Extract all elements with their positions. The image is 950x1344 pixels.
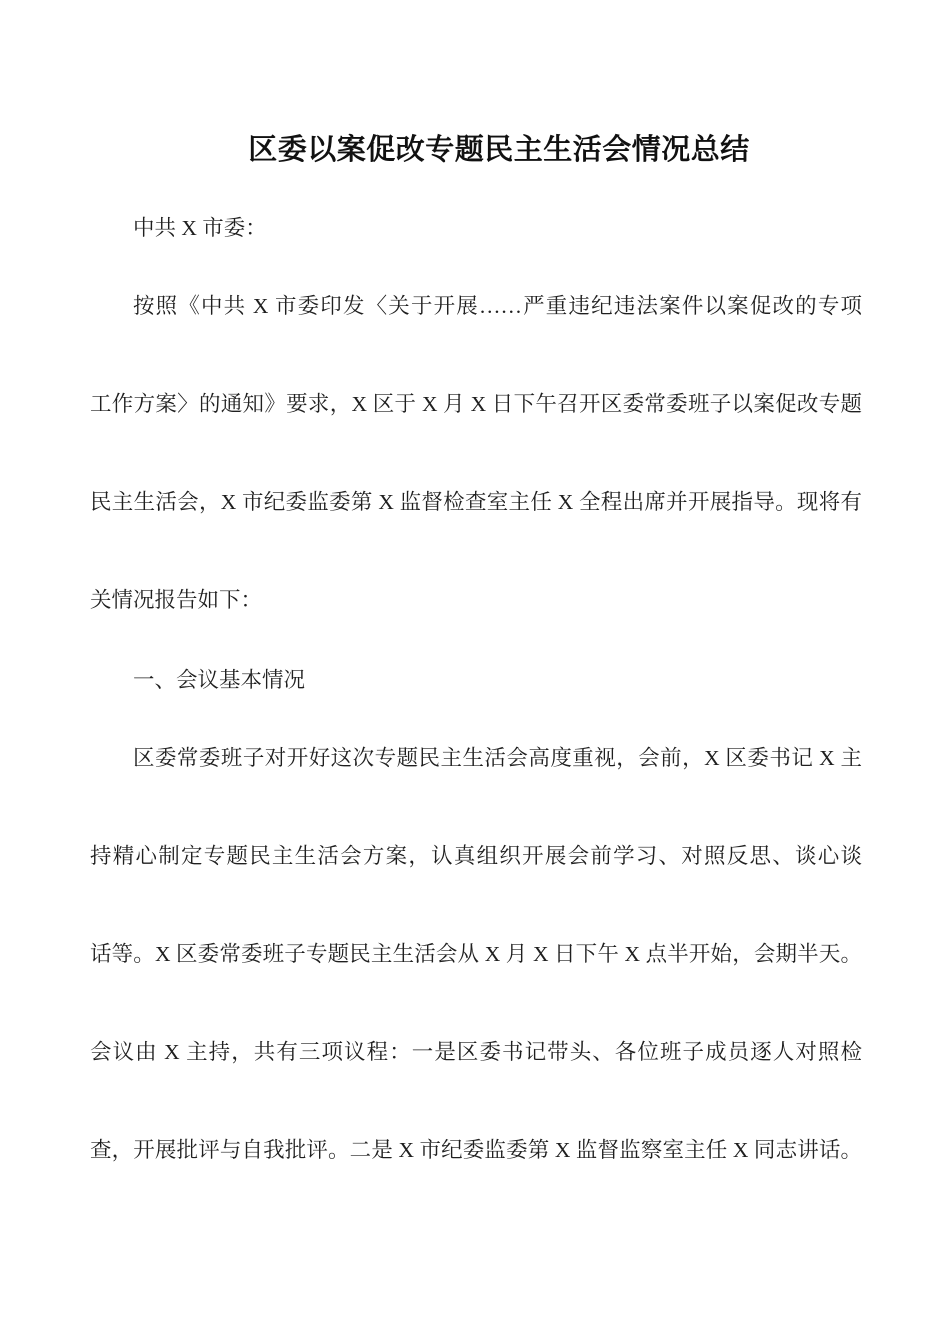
paragraph-meeting-basic-info: 区委常委班子对开好这次专题民主生活会高度重视，会前，X 区委书记 X 主 持精心… — [90, 709, 862, 1199]
document-line: 区委常委班子对开好这次专题民主生活会高度重视，会前，X 区委书记 X 主 — [90, 709, 862, 807]
document-line: 会议由 X 主持，共有三项议程：一是区委书记带头、各位班子成员逐人对照检 — [90, 1003, 862, 1101]
document-line: 话等。X 区委常委班子专题民主生活会从 X 月 X 日下午 X 点半开始，会期半… — [90, 905, 862, 1003]
document-line: 持精心制定专题民主生活会方案，认真组织开展会前学习、对照反思、谈心谈 — [90, 807, 862, 905]
document-line: 按照《中共 X 市委印发〈关于开展……严重违纪违法案件以案促改的专项 — [90, 257, 862, 355]
paragraph-intro: 按照《中共 X 市委印发〈关于开展……严重违纪违法案件以案促改的专项 工作方案〉… — [90, 257, 862, 649]
document-line: 工作方案〉的通知》要求，X 区于 X 月 X 日下午召开区委常委班子以案促改专题 — [90, 355, 862, 453]
document-page: 区委以案促改专题民主生活会情况总结 中共 X 市委： 按照《中共 X 市委印发〈… — [0, 0, 950, 1344]
document-line: 民主生活会，X 市纪委监委第 X 监督检查室主任 X 全程出席并开展指导。现将有 — [90, 453, 862, 551]
document-line: 查，开展批评与自我批评。二是 X 市纪委监委第 X 监督监察室主任 X 同志讲话… — [90, 1101, 862, 1199]
document-title: 区委以案促改专题民主生活会情况总结 — [90, 112, 862, 188]
